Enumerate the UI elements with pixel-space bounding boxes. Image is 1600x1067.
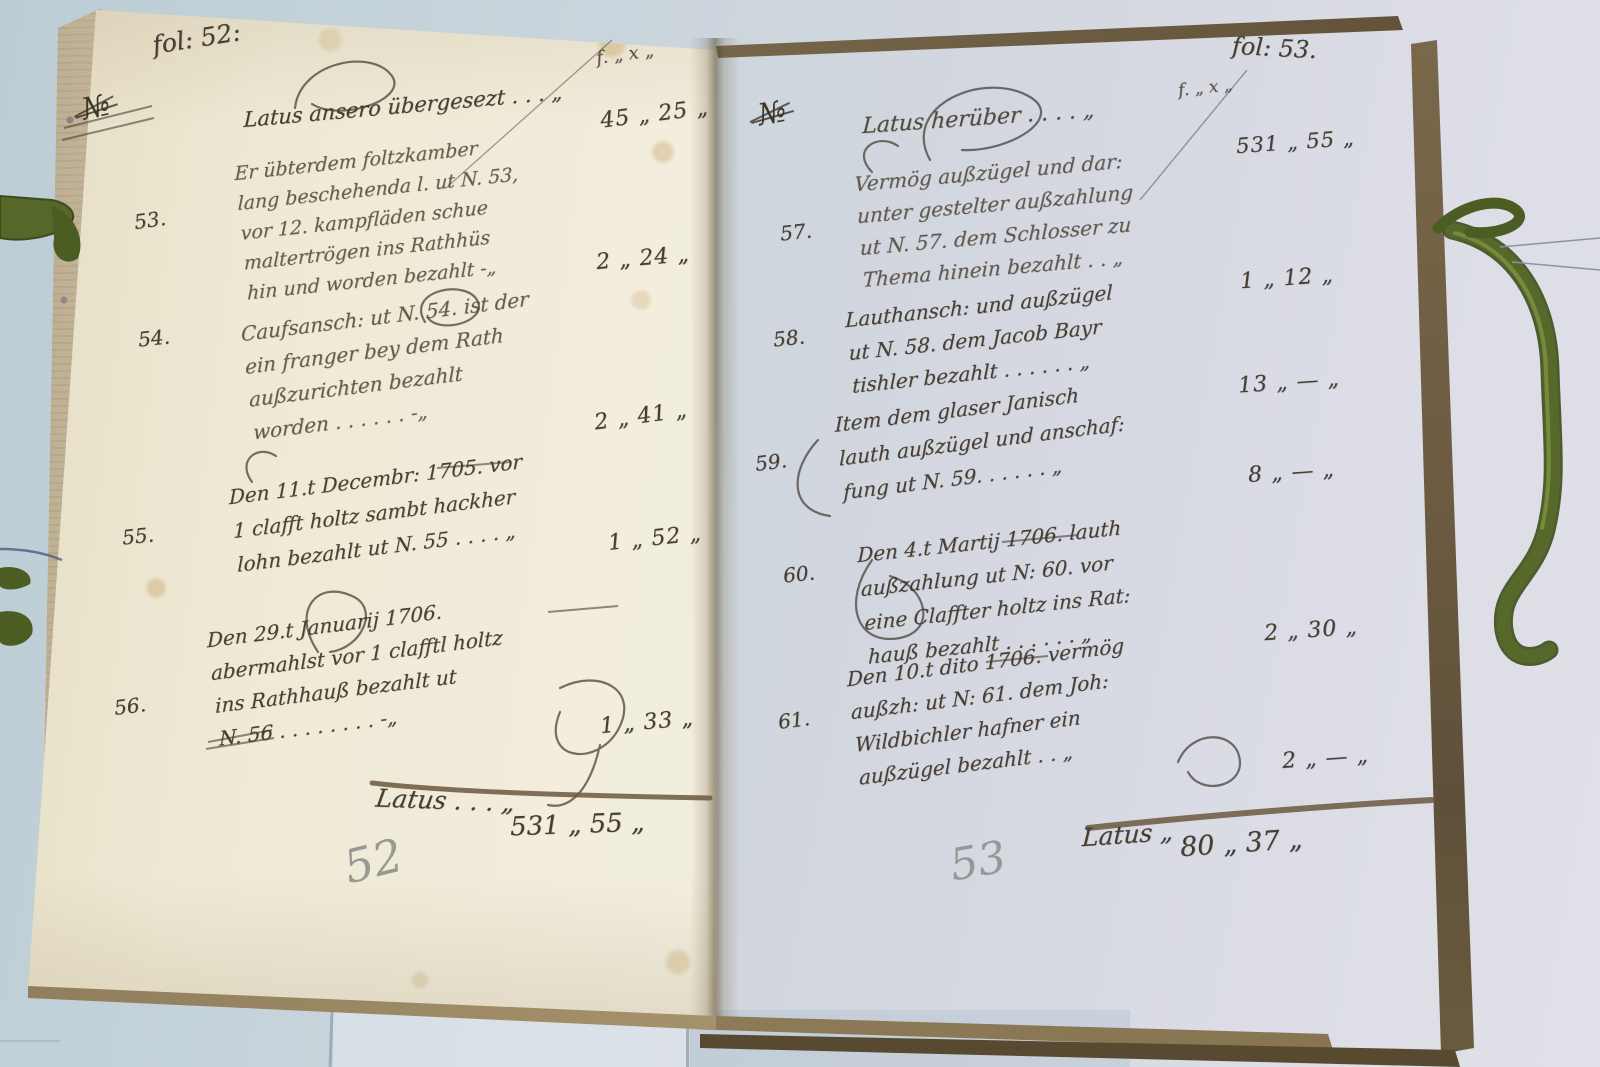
entry-number: 59. (754, 448, 789, 476)
entry-text: Vermög außzügel und dar: unter gestelter… (853, 144, 1140, 296)
entry-amount: 2 „ 24 „ (595, 242, 691, 275)
entry-amount: 2 „ — „ (1281, 743, 1369, 774)
entry-number: 57. (779, 218, 813, 245)
carryover-line-left: Latus ansero übergesezt . . . „ (243, 80, 563, 132)
struck-number-mark-right: № (755, 94, 789, 133)
entry-text: Er übterdem foltzkamber lang beschehenda… (233, 130, 529, 309)
entry-number: 58. (772, 324, 806, 351)
latus-total-label-right: Latus „ (1081, 817, 1174, 853)
entry-amount: 2 „ 30 „ (1263, 615, 1358, 646)
entry-number: 60. (782, 560, 816, 587)
handwriting-layer: fol: 52: f. „ x „ № Latus ansero überges… (0, 0, 1600, 1067)
entry-amount: 1 „ 52 „ (607, 521, 703, 556)
pencil-page-number-left: 52 (338, 828, 408, 895)
entry-text: Den 29.t Januarij 1706. abermahlst vor 1… (205, 589, 513, 756)
entry-text: Caufsansch: ut N. 54. ist der ein frange… (239, 283, 543, 449)
entry-amount: 2 „ 41 „ (593, 398, 689, 436)
entry-amount: 1 „ 12 „ (1239, 263, 1334, 294)
carryover-amount-right: 531 „ 55 „ (1235, 126, 1355, 158)
currency-column-header-left: f. „ x „ (595, 40, 655, 69)
entry-number: 56. (113, 692, 148, 720)
pencil-page-number-right: 53 (946, 832, 1010, 892)
entry-text: Den 11.t Decembr: 1705. vor 1 clafft hol… (227, 444, 532, 581)
entry-number: 53. (132, 206, 167, 234)
currency-column-header-right: f. „ x „ (1177, 75, 1233, 101)
entry-number: 61. (777, 706, 812, 734)
entry-number: 54. (137, 324, 171, 351)
entry-amount: 13 „ — „ (1237, 366, 1340, 398)
carryover-amount-left: 45 „ 25 „ (599, 95, 710, 133)
manuscript-ledger-photo: fol: 52: f. „ x „ № Latus ansero überges… (0, 0, 1600, 1067)
latus-total-label-left: Latus . . . „ (374, 784, 518, 818)
entry-amount: 8 „ — „ (1247, 457, 1335, 488)
folio-number-right: fol: 53. (1231, 32, 1317, 64)
entry-number: 55. (121, 522, 155, 549)
latus-total-amount-left: 531 „ 55 „ (510, 808, 645, 843)
struck-number-mark-left: № (79, 87, 114, 127)
entry-amount: 1 „ 33 „ (599, 706, 695, 739)
latus-total-amount-right: 80 „ 37 „ (1179, 824, 1303, 863)
carryover-line-right: Latus herüber . . . . „ (862, 98, 1096, 139)
folio-number-left: fol: 52: (150, 17, 242, 60)
